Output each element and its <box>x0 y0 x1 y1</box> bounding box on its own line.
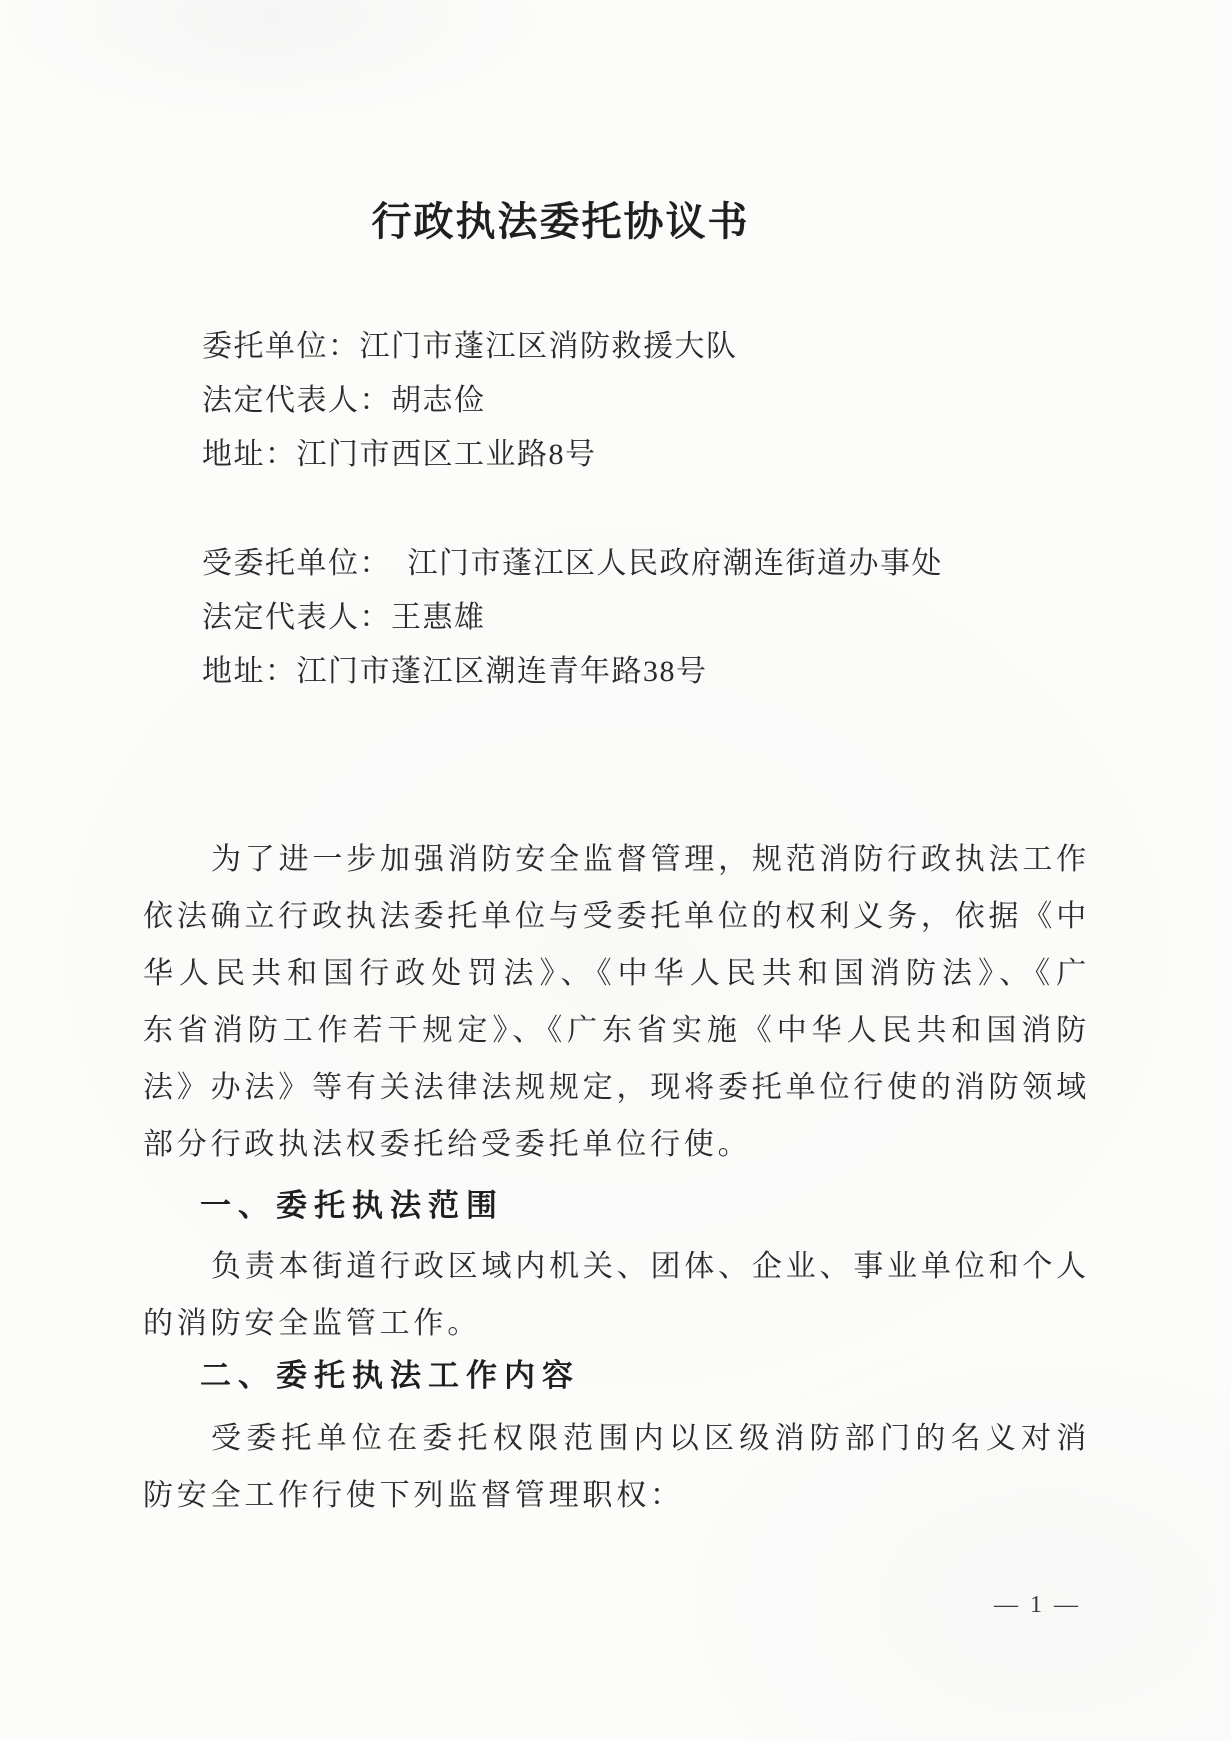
delegator-address-line: 地址：江门市西区工业路8号 <box>202 428 1149 482</box>
page-number: — 1 — <box>994 1592 1081 1619</box>
preamble-line: 东省消防工作若干规定》、《广东省实施《中华人民共和国消防 <box>143 1002 1090 1059</box>
delegatee-address-line: 地址：江门市蓬江区潮连青年路38号 <box>202 645 1149 699</box>
delegatee-representative-line: 法定代表人：王惠雄 <box>202 591 1149 645</box>
delegator-representative-line: 法定代表人：胡志俭 <box>202 374 1149 428</box>
section-1-paragraph: 负责本街道行政区域内机关、团体、企业、事业单位和个人 的消防安全监管工作。 <box>143 1238 1090 1352</box>
preamble-line: 法》办法》等有关法律法规规定，现将委托单位行使的消防领域 <box>143 1059 1090 1116</box>
delegator-block: 委托单位：江门市蓬江区消防救援大队 法定代表人：胡志俭 地址：江门市西区工业路8… <box>143 320 1149 482</box>
section-2-line: 受委托单位在委托权限范围内以区级消防部门的名义对消 <box>143 1410 1090 1467</box>
delegator-unit-line: 委托单位：江门市蓬江区消防救援大队 <box>202 320 1149 374</box>
section-2-heading: 二、委托执法工作内容 <box>143 1356 1147 1396</box>
section-2-paragraph: 受委托单位在委托权限范围内以区级消防部门的名义对消 防安全工作行使下列监督管理职… <box>143 1410 1090 1524</box>
section-1-heading: 一、委托执法范围 <box>143 1186 1147 1226</box>
preamble-line: 依法确立行政执法委托单位与受委托单位的权利义务，依据《中 <box>143 888 1090 945</box>
section-2-line: 防安全工作行使下列监督管理职权： <box>143 1467 1090 1524</box>
section-1-line: 的消防安全监管工作。 <box>143 1295 1090 1352</box>
preamble-line: 部分行政执法权委托给受委托单位行使。 <box>143 1116 1090 1173</box>
scanned-document-page: 行政执法委托协议书 委托单位：江门市蓬江区消防救援大队 法定代表人：胡志俭 地址… <box>0 0 1231 1741</box>
delegatee-block: 受委托单位： 江门市蓬江区人民政府潮连街道办事处 法定代表人：王惠雄 地址：江门… <box>143 537 1149 699</box>
delegatee-unit-line: 受委托单位： 江门市蓬江区人民政府潮连街道办事处 <box>202 537 1149 591</box>
section-1-line: 负责本街道行政区域内机关、团体、企业、事业单位和个人 <box>143 1238 1090 1295</box>
preamble-line: 华人民共和国行政处罚法》、《中华人民共和国消防法》、《广 <box>143 945 1090 1002</box>
preamble-line: 为了进一步加强消防安全监督管理，规范消防行政执法工作， <box>143 831 1090 888</box>
preamble-paragraph: 为了进一步加强消防安全监督管理，规范消防行政执法工作， 依法确立行政执法委托单位… <box>143 831 1090 1173</box>
document-title: 行政执法委托协议书 <box>87 190 1034 247</box>
